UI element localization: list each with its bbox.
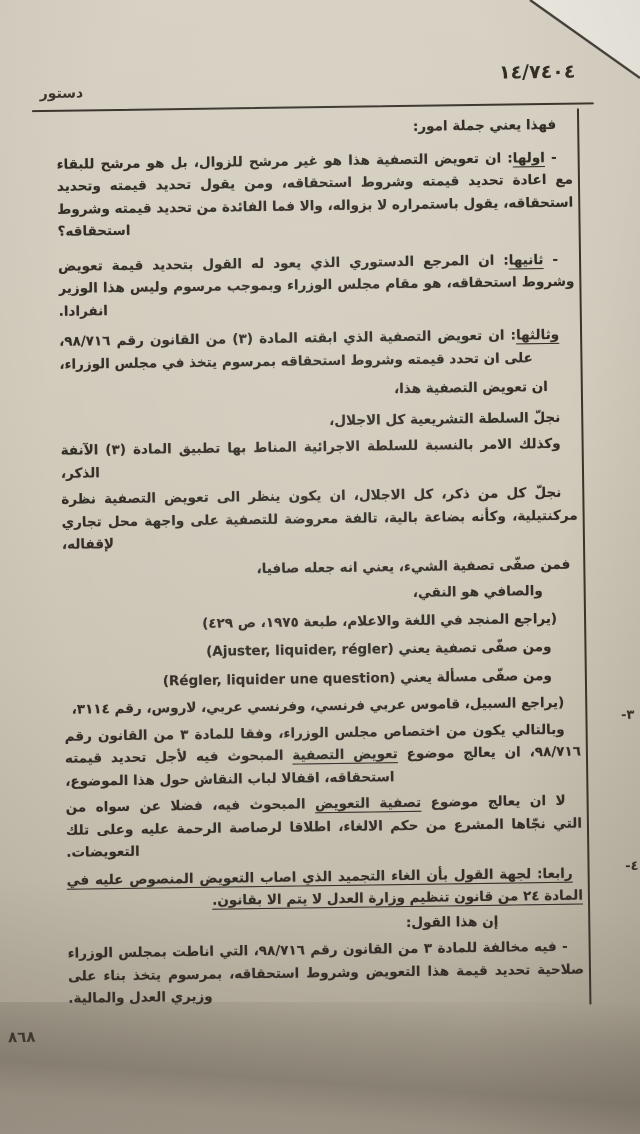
margin-note: -٤ xyxy=(625,859,639,874)
text-run: انفرادا. xyxy=(59,303,108,320)
paragraph: وكذلك الامر بالنسبة للسلطة الاجرائية الم… xyxy=(61,433,578,485)
text-run: المادة ٢٤ من قانون تنظيم وزارة العدل لا … xyxy=(212,888,583,909)
text-run: فهذا يعني جملة امور: xyxy=(413,117,556,135)
header-rule xyxy=(32,102,594,112)
text-run: استحقاقه؟ xyxy=(57,223,130,240)
text-run: التي نجّاها المشرع من حكم الالغاء، اطلاق… xyxy=(66,815,582,838)
text-run: التعويضات. xyxy=(66,844,140,861)
text-line: إن هذا القول: xyxy=(67,909,583,939)
text-line: فمن صفّى تصفية الشيء، يعني انه جعله صافي… xyxy=(62,553,578,583)
text-line: ومن صفّى تصفية يعني (Ajuster, liquider, … xyxy=(63,636,579,666)
text-run: (يراجع السبيل، قاموس عربي فرنسي، وفرنسي … xyxy=(72,695,565,721)
text-run: على ان تحدد قيمته وشروط استحقاقه بمرسوم … xyxy=(59,350,533,373)
text-run: : ان تعويض التصفية هذا هو غير مرشح للزوا… xyxy=(57,150,513,172)
page-number: ٨٦٨ xyxy=(8,1028,36,1046)
text-run: تصفية التعويض xyxy=(315,795,421,812)
text-run: (يراجع المنجد في اللغة والاعلام، طبعة ١٩… xyxy=(202,610,557,631)
text-line: (يراجع السبيل، قاموس عربي فرنسي، وفرنسي … xyxy=(64,692,580,722)
paragraph: والصافي هو النقي، xyxy=(63,580,579,610)
text-line: (يراجع المنجد في اللغة والاعلام، طبعة ١٩… xyxy=(63,607,579,637)
paragraph: وثالثها: ان تعويض التصفية الذي ابقته الم… xyxy=(59,324,576,376)
paragraph: (يراجع المنجد في اللغة والاعلام، طبعة ١٩… xyxy=(63,607,579,637)
text-run: - xyxy=(545,149,557,165)
text-run: تعويض التصفية xyxy=(292,746,398,763)
page-reference: ١٤/٧٤٠٤ xyxy=(499,61,576,84)
text-run: ان تعويض التصفية هذا، xyxy=(394,379,548,397)
text-run: - xyxy=(543,251,558,267)
paragraph: (يراجع السبيل، قاموس عربي فرنسي، وفرنسي … xyxy=(64,692,580,722)
paragraph: رابعا: لجهة القول بأن الغاء التجميد الذي… xyxy=(67,862,584,914)
text-run: وبالتالي يكون من اختصاص مجلس الوزراء، وف… xyxy=(65,721,565,744)
text-line: ومن صفّى مسألة يعني (Régler, liquider un… xyxy=(64,664,580,694)
paragraph: - فيه مخالفة للمادة ٣ من القانون رقم ٩٨/… xyxy=(68,936,585,1011)
text-line: والصافي هو النقي، xyxy=(63,580,579,610)
text-line: فهذا يعني جملة امور: xyxy=(56,114,572,144)
paragraph: ومن صفّى مسألة يعني (Régler, liquider un… xyxy=(64,664,580,694)
paragraph: نجلّ كل من ذكر، كل الاجلال، ان يكون ينظر… xyxy=(61,482,578,557)
text-run: لإقفاله، xyxy=(62,536,114,553)
paragraph: - اولها: ان تعويض التصفية هذا هو غير مرش… xyxy=(57,146,574,243)
paragraph: إن هذا القول: xyxy=(67,909,583,939)
text-run: استحقاقه، اقفالا لباب النقاش حول هذا الم… xyxy=(65,769,394,790)
scanned-document-page: دستور ١٤/٧٤٠٤ -٣ -٤ فهذا يعني جملة امور:… xyxy=(0,0,640,1134)
text-run: استحقاقه، يقول باستمراره لا بزواله، والا… xyxy=(57,194,573,217)
text-run: ومن صفّى تصفية يعني (Ajuster, liquider, … xyxy=(206,639,552,660)
paragraph: فهذا يعني جملة امور: xyxy=(56,114,572,144)
text-run: - فيه مخالفة للمادة ٣ من القانون رقم ٩٨/… xyxy=(68,939,568,962)
paragraph: ان تعويض التصفية هذا، xyxy=(60,376,576,406)
text-run: الذكر، xyxy=(61,465,100,482)
text-line: ان تعويض التصفية هذا، xyxy=(60,376,576,406)
section-label: دستور xyxy=(40,85,84,102)
paragraph: وبالتالي يكون من اختصاص مجلس الوزراء، وف… xyxy=(65,718,582,793)
text-run: ومن صفّى مسألة يعني (Régler, liquider un… xyxy=(163,667,552,688)
margin-note: -٣ xyxy=(621,708,635,723)
text-run: ثانيها xyxy=(509,252,544,268)
text-run: والصافي هو النقي، xyxy=(413,583,543,601)
text-run: اولها xyxy=(513,150,545,166)
paragraph: لا ان يعالج موضوع تصفية التعويض المبحوث … xyxy=(65,790,582,865)
page-content: دستور ١٤/٧٤٠٤ -٣ -٤ فهذا يعني جملة امور:… xyxy=(0,0,640,1134)
text-run: نجلّ كل من ذكر، كل الاجلال، ان يكون ينظر… xyxy=(61,485,561,508)
paragraph: - ثانيها: ان المرجع الدستوري الذي يعود ل… xyxy=(58,248,575,323)
document-body: فهذا يعني جملة امور:- اولها: ان تعويض ال… xyxy=(56,114,584,1011)
paragraph: ومن صفّى تصفية يعني (Ajuster, liquider, … xyxy=(63,636,579,666)
text-run: لا ان يعالج موضوع xyxy=(421,793,566,811)
scan-shadow xyxy=(0,1002,640,1134)
text-run: نجلّ السلطة التشريعية كل الاجلال، xyxy=(329,409,560,428)
text-run: ٩٨/٧١٦، ان يعالج موضوع xyxy=(398,744,581,763)
paragraph: فمن صفّى تصفية الشيء، يعني انه جعله صافي… xyxy=(62,553,578,583)
text-line: نجلّ السلطة التشريعية كل الاجلال، xyxy=(60,406,576,436)
text-run: وكذلك الامر بالنسبة للسلطة الاجرائية الم… xyxy=(61,436,561,459)
text-run: إن هذا القول: xyxy=(406,913,499,930)
text-run: وثالثها xyxy=(516,327,559,344)
paragraph: نجلّ السلطة التشريعية كل الاجلال، xyxy=(60,406,576,436)
text-run: فمن صفّى تصفية الشيء، يعني انه جعله صافي… xyxy=(257,556,571,576)
